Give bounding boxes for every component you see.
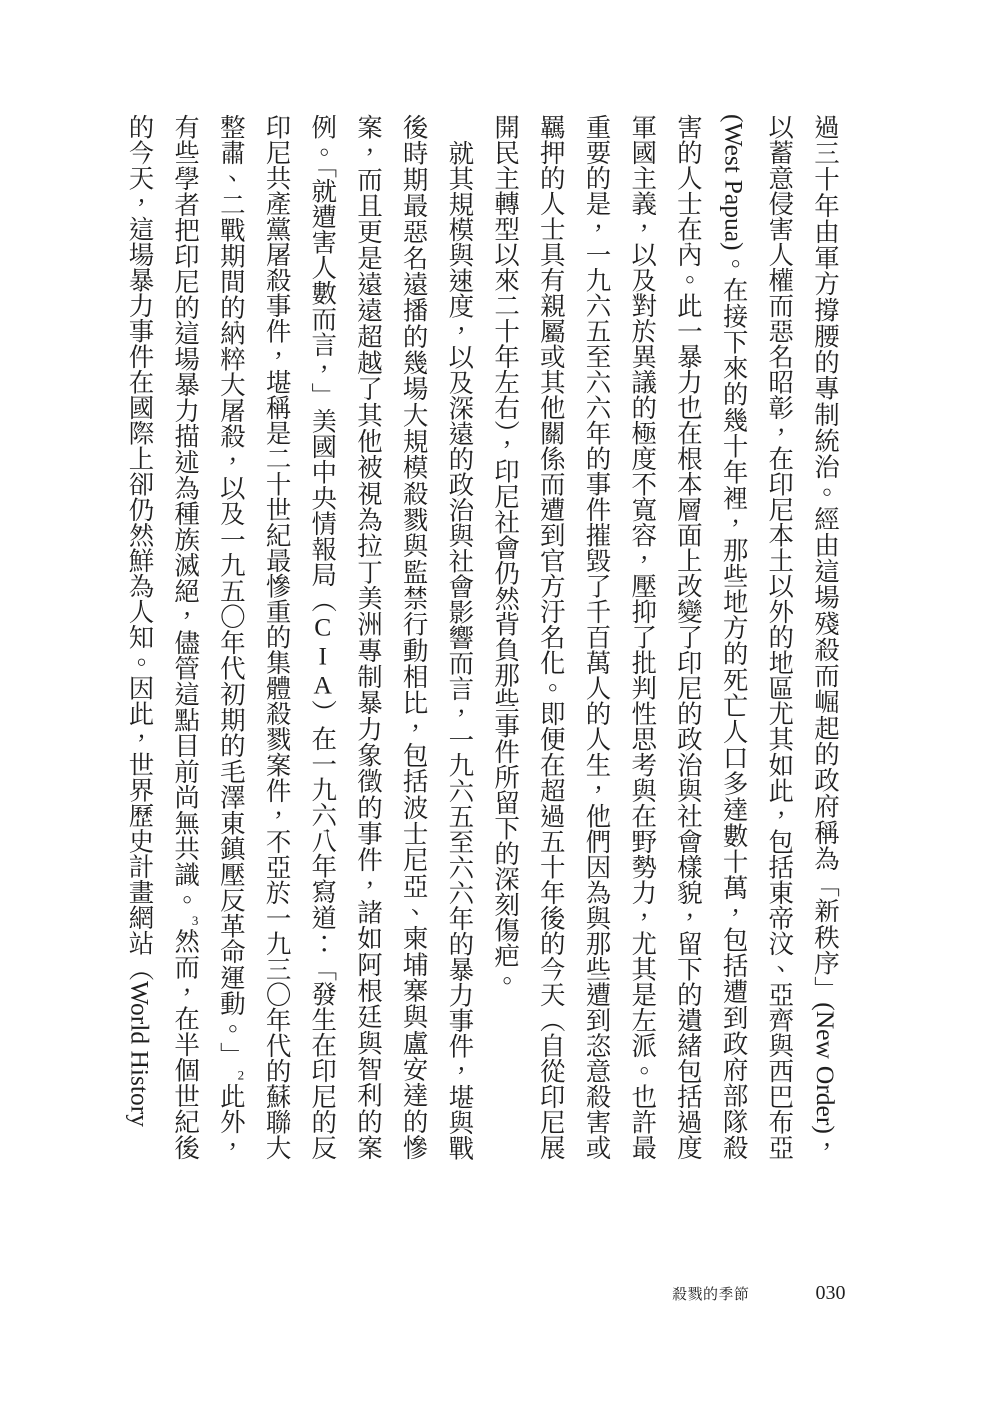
paragraph-2: 就其規模與速度，以及深遠的政治與社會影響而言，一九六五至六六年的暴力事件，堪與戰… <box>117 114 483 1160</box>
body-text-block: 過三十年由軍方撐腰的專制統治。經由這場殘殺而崛起的政府稱為「新秩序」(New O… <box>117 114 848 1160</box>
paragraph-1: 過三十年由軍方撐腰的專制統治。經由這場殘殺而崛起的政府稱為「新秩序」(New O… <box>482 114 848 1160</box>
page-footer: 殺戮的季節 030 <box>672 1282 846 1305</box>
cia-acronym: CIA <box>308 613 337 700</box>
paragraph-1-text: 過三十年由軍方撐腰的專制統治。經由這場殘殺而崛起的政府稱為「新秩序」(New O… <box>491 114 840 1160</box>
page-number: 030 <box>816 1282 846 1305</box>
book-page: 過三十年由軍方撐腰的專制統治。經由這場殘殺而崛起的政府稱為「新秩序」(New O… <box>0 0 1000 1418</box>
footnote-marker-2: 2 <box>233 1068 248 1083</box>
running-title: 殺戮的季節 <box>672 1283 750 1304</box>
footnote-marker-3: 3 <box>188 913 203 928</box>
